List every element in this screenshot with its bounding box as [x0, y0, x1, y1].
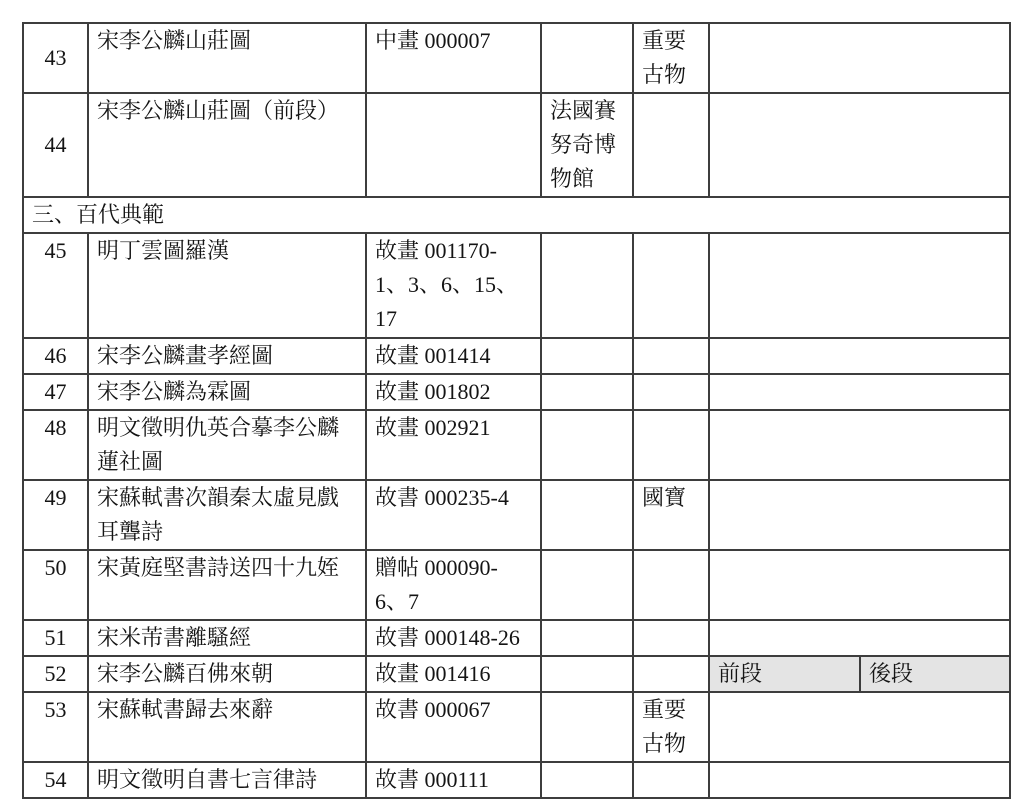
catalog-number-cell: 故畫 002921	[366, 410, 541, 480]
remark-cell	[709, 233, 1010, 338]
table-row: 54明文徵明自書七言律詩故書 000111	[23, 762, 1010, 798]
row-number-cell: 48	[23, 410, 88, 480]
catalog-number-cell: 故書 000235-4	[366, 480, 541, 550]
row-number-cell: 53	[23, 692, 88, 762]
remark-back-segment-cell: 後段	[860, 656, 1010, 692]
location-cell	[541, 480, 633, 550]
status-cell	[633, 93, 709, 197]
row-number-cell: 50	[23, 550, 88, 620]
section-row: 三、百代典範	[23, 197, 1010, 233]
table-row: 46宋李公麟畫孝經圖故畫 001414	[23, 338, 1010, 374]
row-number-cell: 47	[23, 374, 88, 410]
title-cell: 宋李公麟為霖圖	[88, 374, 366, 410]
table-row: 45明丁雲圖羅漢故畫 001170- 1、3、6、15、 17	[23, 233, 1010, 338]
remark-cell	[709, 762, 1010, 798]
catalog-number-cell: 故畫 001416	[366, 656, 541, 692]
location-cell: 法國賽努奇博物館	[541, 93, 633, 197]
artifact-table-body: 43宋李公麟山莊圖中畫 000007重要古物44宋李公麟山莊圖（前段）法國賽努奇…	[23, 23, 1010, 798]
table-row: 43宋李公麟山莊圖中畫 000007重要古物	[23, 23, 1010, 93]
row-number-cell: 45	[23, 233, 88, 338]
catalog-number-cell: 故畫 001170- 1、3、6、15、 17	[366, 233, 541, 338]
location-cell	[541, 656, 633, 692]
section-header-cell: 三、百代典範	[23, 197, 1010, 233]
remark-cell	[709, 338, 1010, 374]
catalog-number-cell: 故書 000111	[366, 762, 541, 798]
row-number-cell: 51	[23, 620, 88, 656]
location-cell	[541, 374, 633, 410]
row-number-cell: 52	[23, 656, 88, 692]
catalog-number-cell: 故書 000148-26	[366, 620, 541, 656]
title-cell: 宋李公麟山莊圖（前段）	[88, 93, 366, 197]
table-row: 53宋蘇軾書歸去來辭故書 000067重要古物	[23, 692, 1010, 762]
status-cell	[633, 233, 709, 338]
location-cell	[541, 338, 633, 374]
table-row: 52宋李公麟百佛來朝故畫 001416前段後段	[23, 656, 1010, 692]
catalog-number-cell: 贈帖 000090- 6、7	[366, 550, 541, 620]
catalog-number-cell	[366, 93, 541, 197]
title-cell: 宋米芾書離騷經	[88, 620, 366, 656]
remark-cell	[709, 93, 1010, 197]
table-row: 47宋李公麟為霖圖故畫 001802	[23, 374, 1010, 410]
table-row: 51宋米芾書離騷經故書 000148-26	[23, 620, 1010, 656]
title-cell: 明文徵明仇英合摹李公麟蓮社圖	[88, 410, 366, 480]
table-row: 50宋黃庭堅書詩送四十九姪贈帖 000090- 6、7	[23, 550, 1010, 620]
catalog-number-cell: 故畫 001414	[366, 338, 541, 374]
title-cell: 宋蘇軾書歸去來辭	[88, 692, 366, 762]
row-number-cell: 46	[23, 338, 88, 374]
title-cell: 明丁雲圖羅漢	[88, 233, 366, 338]
status-cell	[633, 620, 709, 656]
remark-cell	[709, 550, 1010, 620]
status-cell: 重要古物	[633, 692, 709, 762]
table-row: 44宋李公麟山莊圖（前段）法國賽努奇博物館	[23, 93, 1010, 197]
status-cell	[633, 338, 709, 374]
title-cell: 明文徵明自書七言律詩	[88, 762, 366, 798]
location-cell	[541, 233, 633, 338]
location-cell	[541, 762, 633, 798]
row-number-cell: 44	[23, 93, 88, 197]
location-cell	[541, 692, 633, 762]
location-cell	[541, 23, 633, 93]
title-cell: 宋李公麟百佛來朝	[88, 656, 366, 692]
location-cell	[541, 550, 633, 620]
remark-cell	[709, 410, 1010, 480]
catalog-number-cell: 故書 000067	[366, 692, 541, 762]
row-number-cell: 43	[23, 23, 88, 93]
location-cell	[541, 410, 633, 480]
title-cell: 宋李公麟山莊圖	[88, 23, 366, 93]
table-row: 48明文徵明仇英合摹李公麟蓮社圖故畫 002921	[23, 410, 1010, 480]
title-cell: 宋蘇軾書次韻秦太虛見戲耳聾詩	[88, 480, 366, 550]
catalog-number-cell: 中畫 000007	[366, 23, 541, 93]
row-number-cell: 49	[23, 480, 88, 550]
remark-front-segment-cell: 前段	[709, 656, 860, 692]
status-cell: 國寶	[633, 480, 709, 550]
status-cell	[633, 550, 709, 620]
catalog-number-cell: 故畫 001802	[366, 374, 541, 410]
remark-cell	[709, 620, 1010, 656]
remark-cell	[709, 692, 1010, 762]
remark-cell	[709, 480, 1010, 550]
status-cell	[633, 656, 709, 692]
row-number-cell: 54	[23, 762, 88, 798]
status-cell: 重要古物	[633, 23, 709, 93]
title-cell: 宋李公麟畫孝經圖	[88, 338, 366, 374]
status-cell	[633, 374, 709, 410]
document-page: 43宋李公麟山莊圖中畫 000007重要古物44宋李公麟山莊圖（前段）法國賽努奇…	[0, 0, 1024, 803]
location-cell	[541, 620, 633, 656]
remark-cell	[709, 23, 1010, 93]
remark-cell	[709, 374, 1010, 410]
table-row: 49宋蘇軾書次韻秦太虛見戲耳聾詩故書 000235-4國寶	[23, 480, 1010, 550]
status-cell	[633, 762, 709, 798]
artifact-table: 43宋李公麟山莊圖中畫 000007重要古物44宋李公麟山莊圖（前段）法國賽努奇…	[22, 22, 1011, 799]
title-cell: 宋黃庭堅書詩送四十九姪	[88, 550, 366, 620]
status-cell	[633, 410, 709, 480]
